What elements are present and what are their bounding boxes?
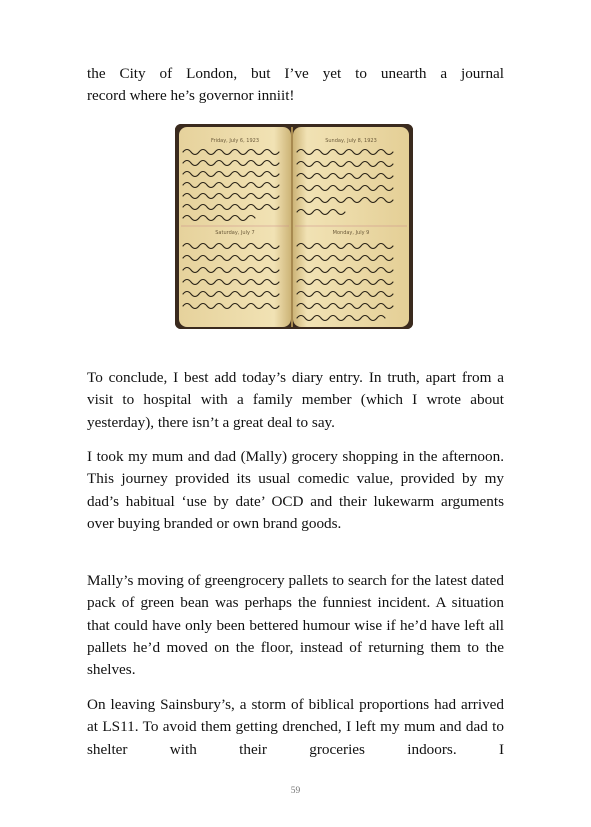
paragraph-intro: the City of London, but I’ve yet to unea… bbox=[87, 63, 504, 108]
diary-photo: Friday, July 6, 1923 Sunday, July 8, 192… bbox=[175, 124, 413, 329]
paragraph-conclusion: To conclude, I best add today’s diary en… bbox=[87, 367, 504, 434]
page-number: 59 bbox=[87, 786, 504, 796]
svg-text:Friday, July 6, 1923: Friday, July 6, 1923 bbox=[211, 138, 259, 144]
paragraph-shopping: I took my mum and dad (Mally) grocery sh… bbox=[87, 446, 504, 535]
svg-text:Saturday, July 7: Saturday, July 7 bbox=[215, 230, 254, 236]
open-diary-image: Friday, July 6, 1923 Sunday, July 8, 192… bbox=[175, 124, 413, 329]
document-page: the City of London, but I’ve yet to unea… bbox=[87, 0, 504, 827]
svg-text:Sunday, July 8, 1923: Sunday, July 8, 1923 bbox=[325, 138, 377, 144]
paragraph-storm: On leaving Sainsbury’s, a storm of bibli… bbox=[87, 694, 504, 761]
text-line: the City of London, but I’ve yet to unea… bbox=[87, 63, 504, 85]
text-line: record where he’s governor inniit! bbox=[87, 85, 504, 107]
svg-text:Monday, July 9: Monday, July 9 bbox=[333, 230, 370, 236]
paragraph-greengrocery: Mally’s moving of greengrocery pallets t… bbox=[87, 570, 504, 681]
